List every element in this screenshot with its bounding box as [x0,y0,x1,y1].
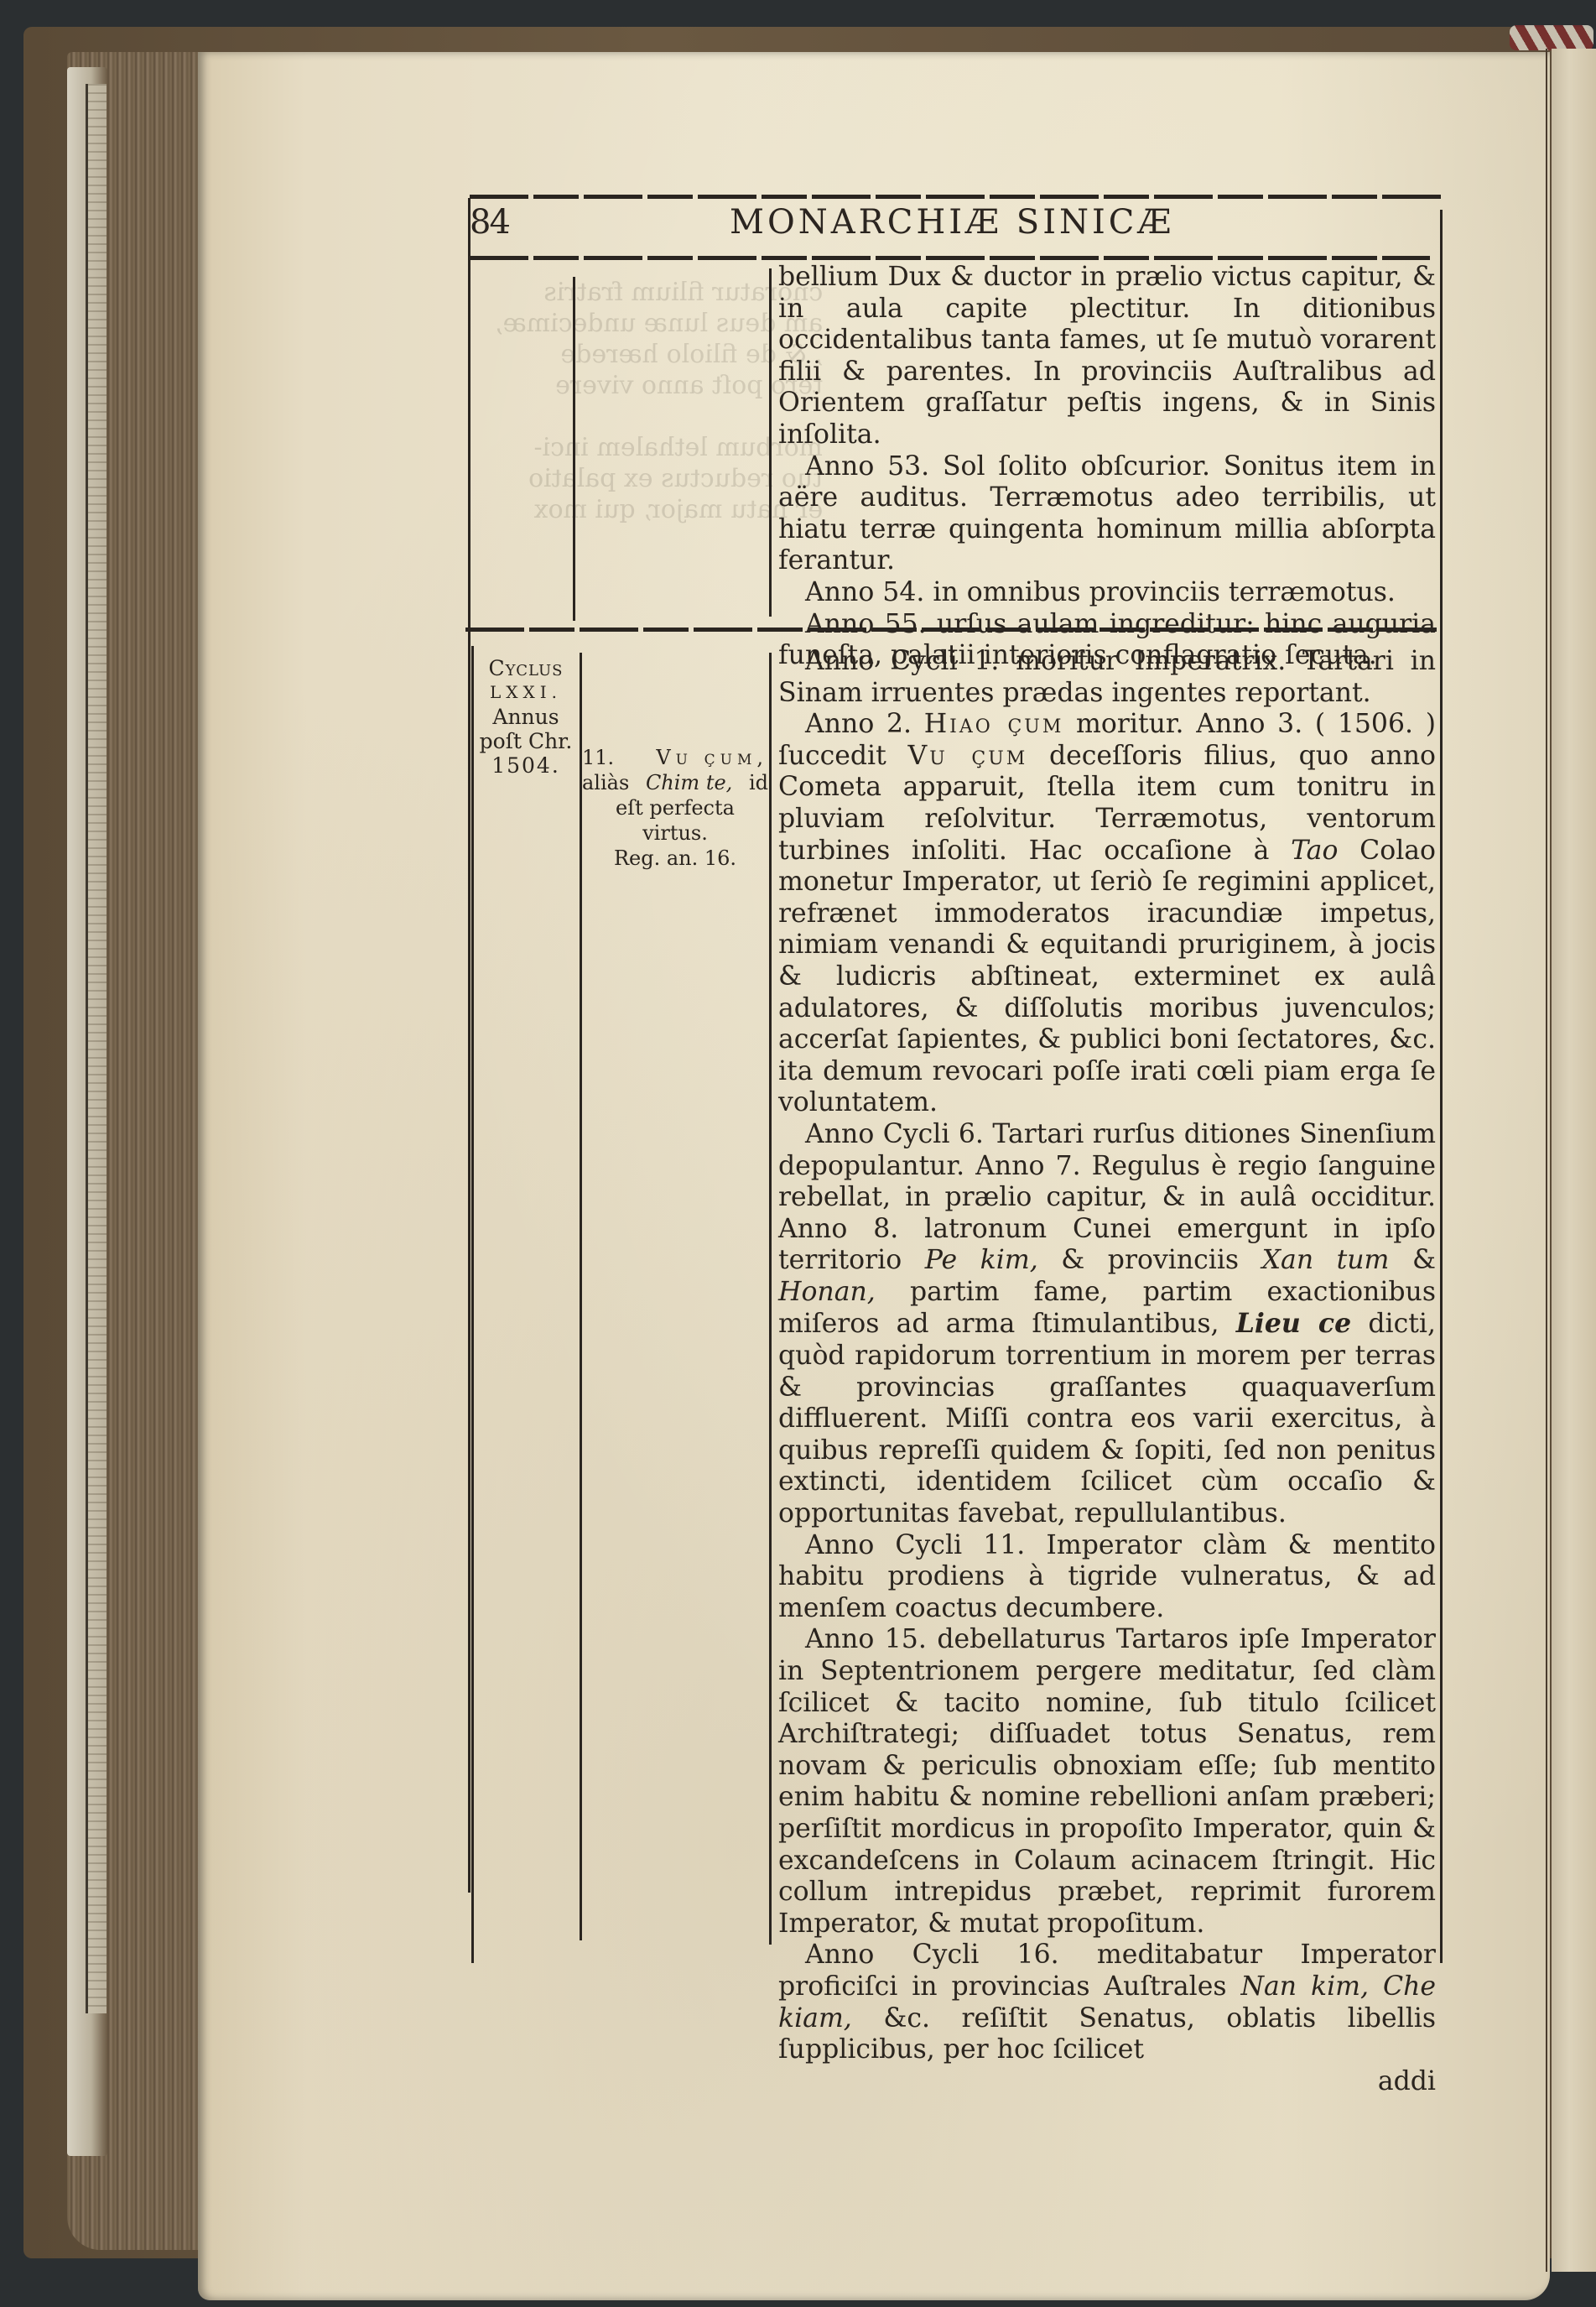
running-head: 84 MONARCHIÆ SINICÆ [470,203,1434,253]
running-title: MONARCHIÆ SINICÆ [730,203,1174,242]
top-rule [470,195,1443,199]
text-run: & provinciis [1061,1245,1239,1275]
paragraph: Anno Cycli 11. Imperator clàm & mentito … [778,1530,1436,1625]
emperor-name: Vu çum, [656,745,768,770]
frame-right-rule [1440,210,1443,1963]
section-divider-rule [465,628,1438,632]
main-section-text: Anno Cycli 1. moritur Imperatrix. Tartar… [778,646,1436,2097]
page-number: 84 [470,203,509,242]
frame-left-rule [468,198,470,1893]
top-section-text: bellium Dux & ductor in prælio victus ca… [778,262,1436,672]
emperor-ordinal: 11. [582,745,614,770]
cycle-column: Cyclus LXXI. Annus poſt Chr. 1504. [474,656,578,778]
text-run: Colao monetur Imperator, ut ſeriò ſe reg… [778,836,1436,1118]
reign-column: 11. Vu çum, aliàs Chim te, id eſt perfec… [582,745,768,871]
column-rule-2-top [769,268,772,617]
column-rule-1-top [573,277,575,621]
paragraph: Anno 2. Hiao çum moritur. Anno 3. ( 1506… [778,709,1436,1119]
head-underline-rule [470,256,1430,260]
column-rule-2-lower [769,653,772,1945]
place-name: Xan tum [1262,1245,1390,1275]
person-name: Tao [1291,836,1338,866]
paragraph: Anno Cycli 1. moritur Imperatrix. Tartar… [778,646,1436,709]
place-name: Honan, [778,1277,876,1307]
paragraph: Anno 53. Sol ſolito obſcurior. Sonitus i… [778,451,1436,577]
post-christum-label: poſt Chr. [474,729,578,753]
text-run: &c. reſiſtit Senatus, oblatis libellis ſ… [778,2003,1436,2065]
text-run: & [1412,1245,1436,1275]
catchword: addi [778,2066,1436,2098]
torn-endpaper [86,84,107,2013]
headband [1510,25,1593,50]
paragraph: Anno 15. debellaturus Tartaros ipſe Impe… [778,1624,1436,1940]
paragraph: bellium Dux & ductor in prælio victus ca… [778,262,1436,451]
emperor-name: Hiao çum [924,709,1064,739]
alias-label: aliàs [582,770,629,795]
cycle-label: Cyclus [474,656,578,680]
year-value: 1504. [474,753,578,778]
paragraph: Anno Cycli 16. meditabatur Imperator pro… [778,1940,1436,2065]
paragraph: Anno 54. in omnibus provinciis terræmotu… [778,577,1436,609]
gutter-line [1546,49,1547,2272]
text-run: dicti, quòd rapidorum torrentium in more… [778,1309,1436,1528]
column-rule-left-lower [471,646,474,1963]
place-name: Nan kim, [1240,1971,1369,2002]
reign-length: Reg. an. 16. [582,846,768,871]
id-label: id [749,770,768,795]
paragraph: Anno Cycli 6. Tartari rurſus ditiones Si… [778,1119,1436,1530]
cycle-number: LXXI. [474,680,578,705]
alias-meaning: eſt perfecta virtus. [582,795,768,846]
emperor-name: Vu çum [907,741,1027,771]
annus-label: Annus [474,705,578,729]
place-name: Pe kim, [925,1245,1038,1275]
text-run: Anno 2. [805,709,912,739]
group-name: Lieu ce [1236,1308,1351,1339]
facing-page-edge [1552,49,1596,2272]
emperor-alias: Chim te, [646,770,732,795]
